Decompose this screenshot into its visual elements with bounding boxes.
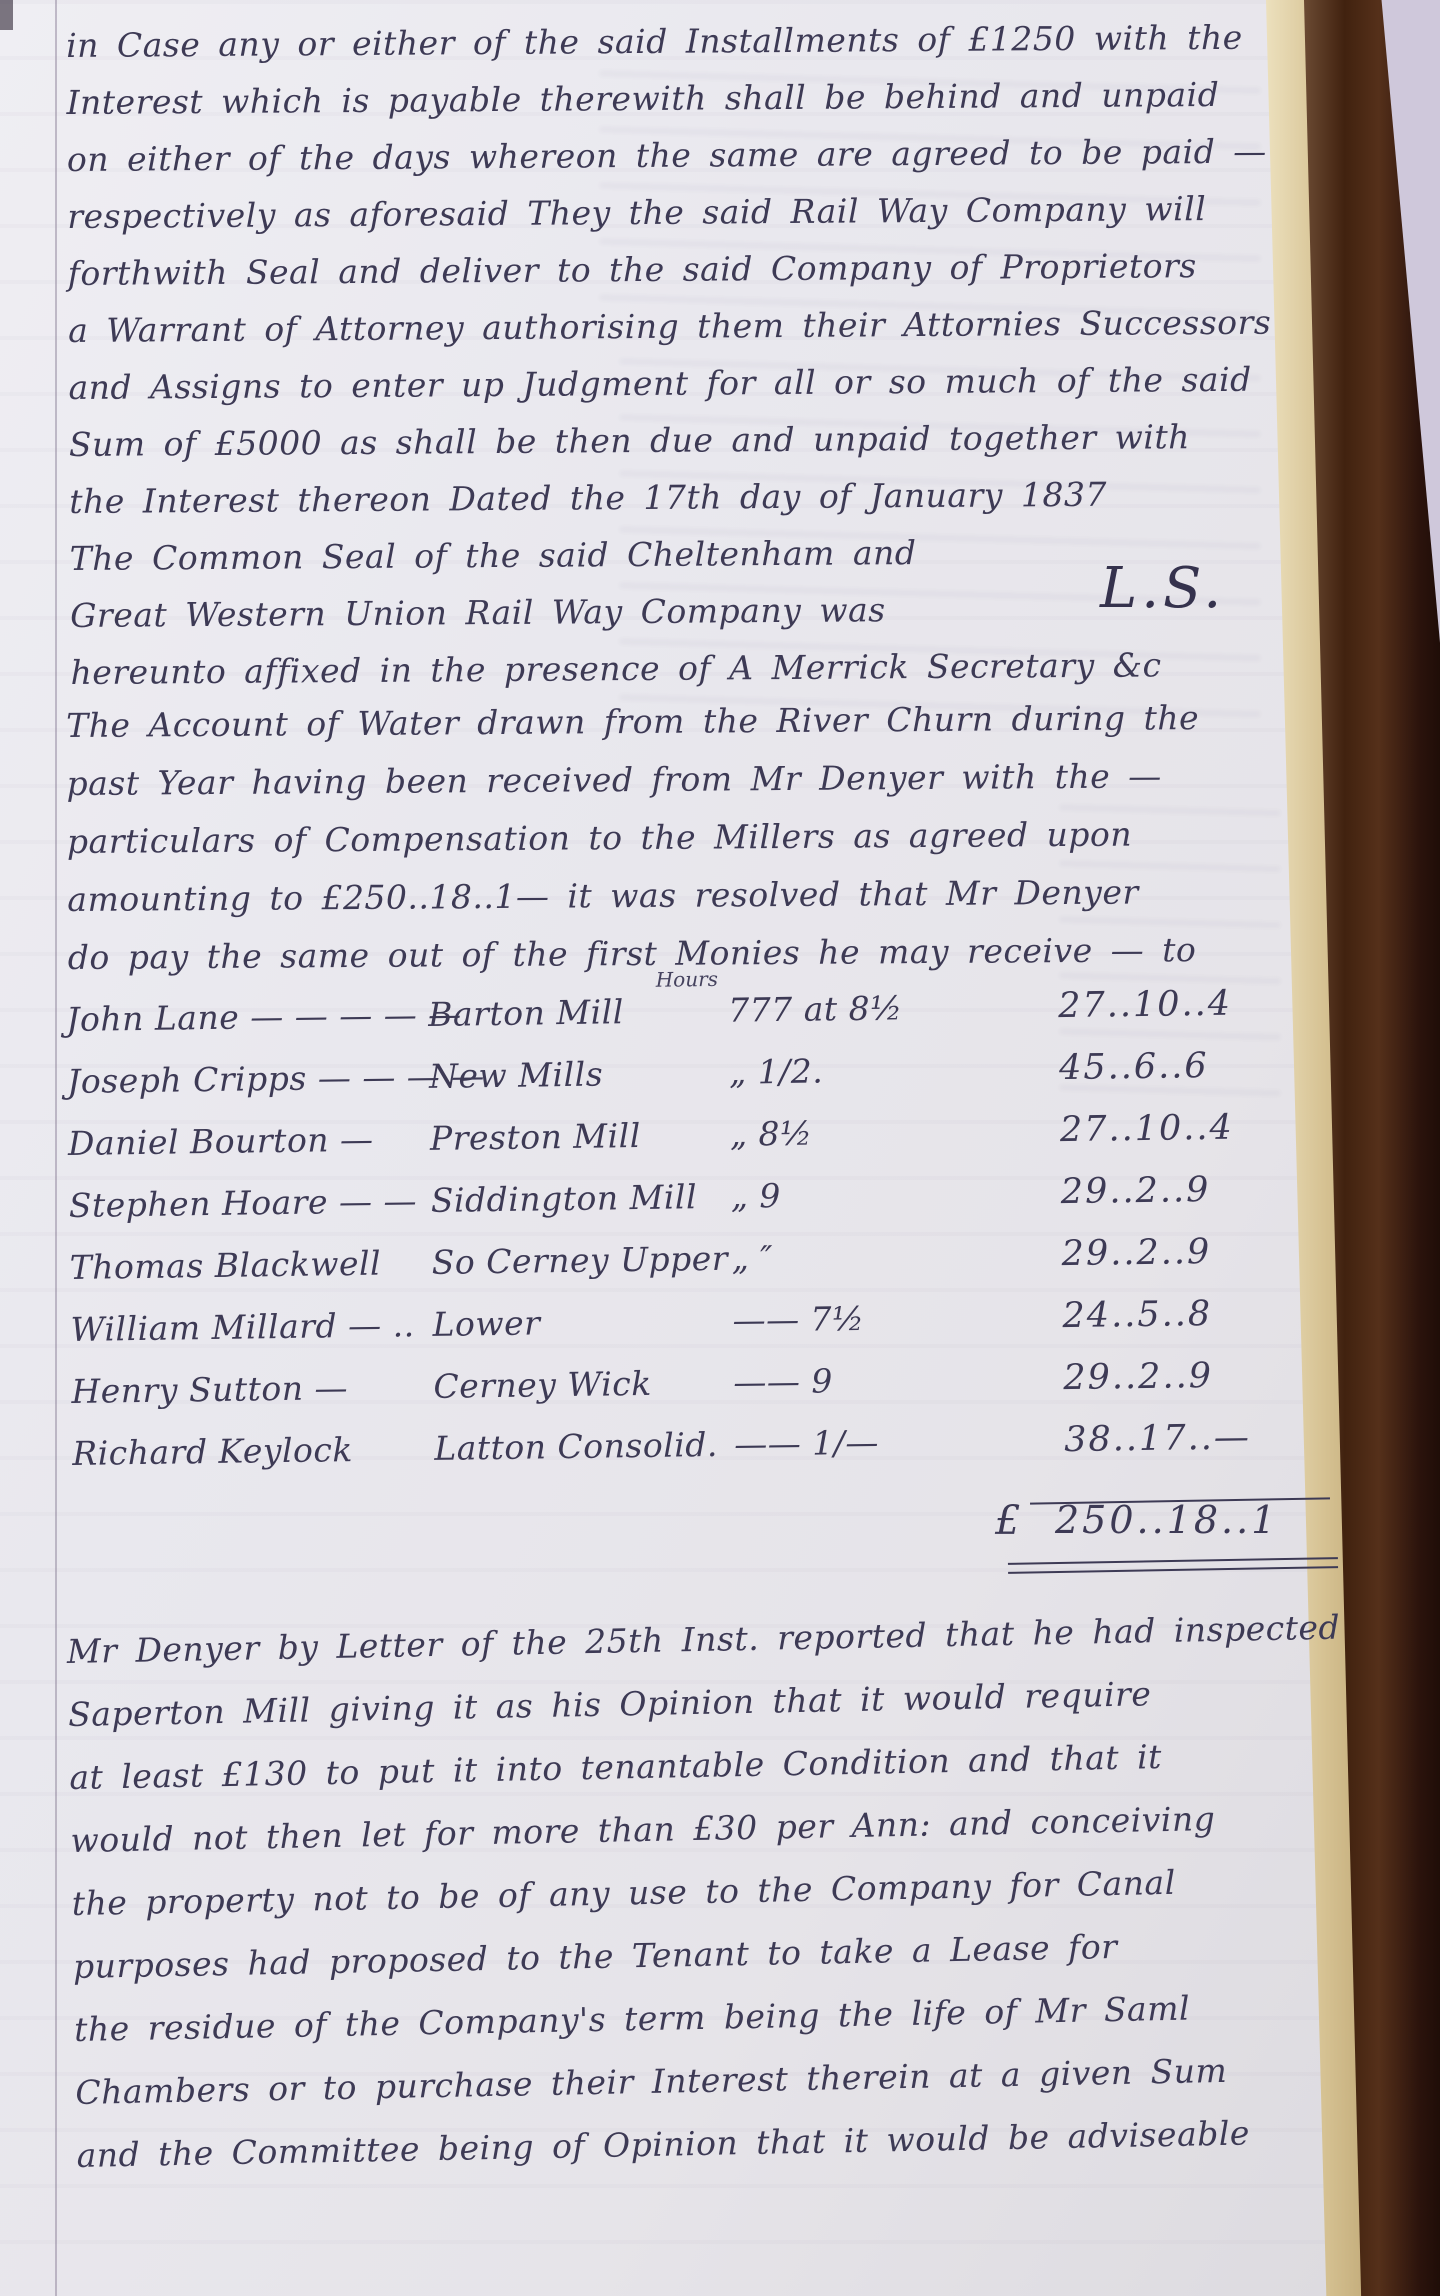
amount-value: 24..5..8 bbox=[1062, 1292, 1333, 1336]
mill-name: So Cerney Upper bbox=[431, 1239, 732, 1282]
text-line: forthwith Seal and deliver to the said C… bbox=[68, 246, 1272, 311]
corner-mark bbox=[0, 0, 13, 30]
text-line: past Year having been received from Mr D… bbox=[66, 756, 1199, 822]
paragraph-judgment-warrant: in Case any or either of the said Instal… bbox=[66, 18, 1274, 710]
hours-value: „ 8½ bbox=[730, 1110, 1061, 1154]
amount-value: 29..2..9 bbox=[1061, 1168, 1332, 1212]
amount-value: 38..17..— bbox=[1064, 1416, 1335, 1460]
miller-name: Thomas Blackwell bbox=[69, 1243, 432, 1287]
hours-column-header: Hours bbox=[656, 967, 719, 992]
hours-value: —— 1/— bbox=[734, 1420, 1065, 1464]
miller-name: Richard Keylock bbox=[72, 1429, 435, 1473]
text-line: the Interest thereon Dated the 17th day … bbox=[69, 474, 1273, 539]
amount-value: 29..2..9 bbox=[1061, 1230, 1332, 1274]
manuscript-page: in Case any or either of the said Instal… bbox=[0, 0, 1440, 2296]
mill-name: Latton Consolid. bbox=[434, 1425, 735, 1468]
amount-value: 27..10..4 bbox=[1060, 1106, 1331, 1150]
total-amount: 250..18..1 bbox=[1055, 1498, 1278, 1542]
text-line: on either of the days whereon the same a… bbox=[67, 132, 1271, 197]
amount-value: 27..10..4 bbox=[1058, 982, 1329, 1026]
paragraph-saperton-mill: Mr Denyer by Letter of the 25th Inst. re… bbox=[67, 1608, 1351, 2199]
text-line: Interest which is payable therewith shal… bbox=[66, 75, 1270, 140]
seal-mark-ls: L.S. bbox=[1100, 556, 1225, 621]
hours-value: „ 1/2. bbox=[729, 1048, 1060, 1092]
miller-name: Joseph Cripps — — — — bbox=[67, 1057, 430, 1101]
mill-name: Cerney Wick bbox=[433, 1363, 734, 1406]
text-line: Great Western Union Rail Way Company was bbox=[70, 588, 1274, 653]
text-line: The Account of Water drawn from the Rive… bbox=[66, 698, 1199, 764]
paragraph-water-account: The Account of Water drawn from the Rive… bbox=[66, 698, 1201, 996]
miller-name: Henry Sutton — bbox=[71, 1367, 434, 1411]
text-line: Sum of £5000 as shall be then due and un… bbox=[69, 417, 1273, 482]
miller-name: John Lane — — — — — bbox=[66, 995, 429, 1039]
hours-value: „ ″ bbox=[731, 1234, 1062, 1278]
millers-compensation-table: Hours John Lane — — — — — Barton Mill 77… bbox=[66, 982, 1335, 1496]
hours-value: 777 at 8½ bbox=[728, 986, 1059, 1030]
total-currency-symbol: £ bbox=[995, 1498, 1021, 1544]
amount-value: 29..2..9 bbox=[1063, 1354, 1334, 1398]
mill-name: Lower bbox=[432, 1301, 733, 1344]
hours-value: —— 7½ bbox=[732, 1296, 1063, 1340]
hours-value: „ 9 bbox=[731, 1172, 1062, 1216]
hours-value: —— 9 bbox=[733, 1358, 1064, 1402]
mill-name: Preston Mill bbox=[430, 1115, 731, 1158]
text-line: and Assigns to enter up Judgment for all… bbox=[68, 360, 1272, 425]
miller-name: Stephen Hoare — — bbox=[69, 1181, 432, 1225]
miller-name: Daniel Bourton — bbox=[68, 1119, 431, 1163]
miller-name: William Millard — .. bbox=[70, 1305, 433, 1349]
text-line: in Case any or either of the said Instal… bbox=[66, 18, 1270, 83]
text-line: respectively as aforesaid They the said … bbox=[67, 189, 1271, 254]
mill-name: New Mills bbox=[429, 1053, 730, 1096]
text-line: particulars of Compensation to the Mille… bbox=[67, 814, 1200, 880]
mill-name: Siddington Mill bbox=[431, 1177, 732, 1220]
text-line: a Warrant of Attorney authorising them t… bbox=[68, 303, 1272, 368]
text-line: amounting to £250..18..1— it was resolve… bbox=[67, 872, 1200, 938]
mill-name: Barton Mill bbox=[428, 991, 729, 1034]
margin-rule-line bbox=[55, 0, 57, 2296]
amount-value: 45..6..6 bbox=[1059, 1044, 1330, 1088]
text-line: The Common Seal of the said Cheltenham a… bbox=[70, 531, 1274, 596]
